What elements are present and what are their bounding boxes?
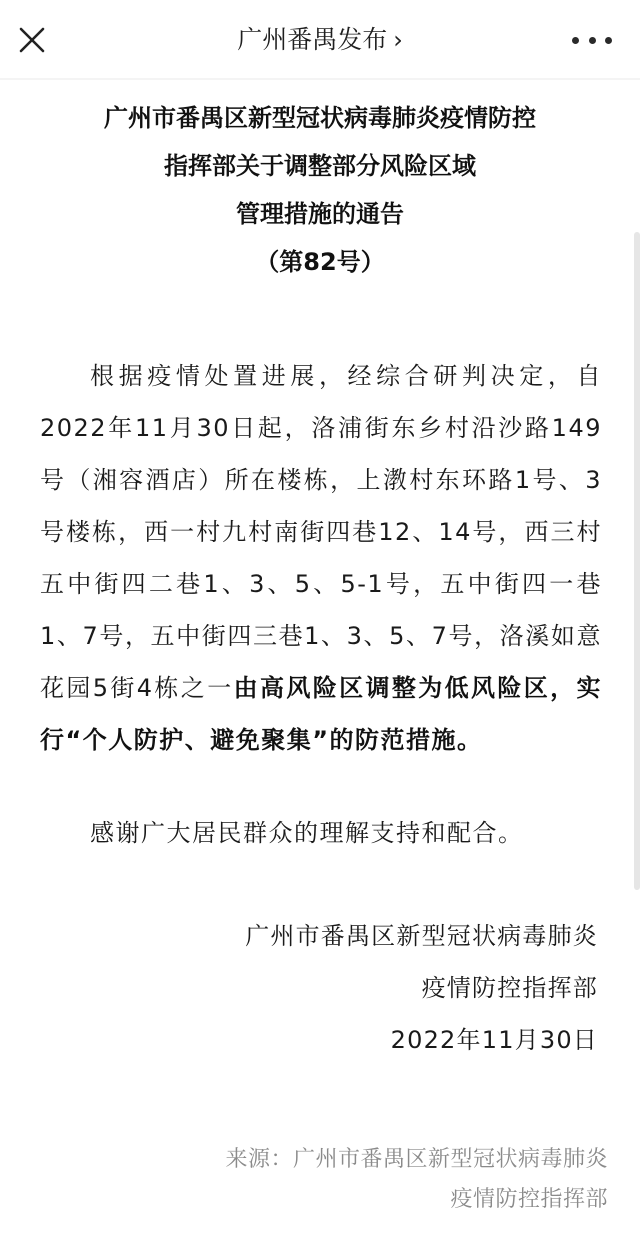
more-dot-icon: [605, 37, 612, 44]
article-headline: 广州市番禺区新型冠状病毒肺炎疫情防控 指挥部关于调整部分风险区域 管理措施的通告…: [0, 94, 640, 286]
headline-line-2: 指挥部关于调整部分风险区域: [0, 142, 640, 190]
more-dot-icon: [589, 37, 596, 44]
signature-block: 广州市番禺区新型冠状病毒肺炎 疫情防控指挥部 2022年11月30日: [245, 910, 598, 1066]
announcement-body: 根据疫情处置进展，经综合研判决定，自2022年11月30日起，洛浦街东乡村沿沙路…: [40, 350, 602, 766]
top-navigation-bar: 广州番禺发布›: [0, 0, 640, 80]
more-dot-icon: [572, 37, 579, 44]
vertical-scrollbar[interactable]: [634, 232, 640, 890]
headline-issue-number: （第82号）: [0, 238, 640, 286]
headline-line-1: 广州市番禺区新型冠状病毒肺炎疫情防控: [0, 94, 640, 142]
signature-date: 2022年11月30日: [245, 1014, 598, 1066]
source-line-2: 疫情防控指挥部: [225, 1180, 608, 1220]
thanks-paragraph: 感谢广大居民群众的理解支持和配合。: [90, 807, 524, 859]
signature-org-line-1: 广州市番禺区新型冠状病毒肺炎: [245, 910, 598, 962]
source-attribution: 来源：广州市番禺区新型冠状病毒肺炎 疫情防控指挥部: [225, 1140, 608, 1220]
chevron-right-icon: ›: [393, 22, 403, 58]
account-title-link[interactable]: 广州番禺发布›: [0, 22, 640, 58]
body-text: 根据疫情处置进展，经综合研判决定，自2022年11月30日起，洛浦街东乡村沿沙路…: [40, 362, 602, 702]
account-name: 广州番禺发布: [237, 25, 387, 54]
signature-org-line-2: 疫情防控指挥部: [245, 962, 598, 1014]
source-line-1: 来源：广州市番禺区新型冠状病毒肺炎: [225, 1140, 608, 1180]
headline-line-3: 管理措施的通告: [0, 190, 640, 238]
more-options-button[interactable]: [572, 30, 612, 50]
